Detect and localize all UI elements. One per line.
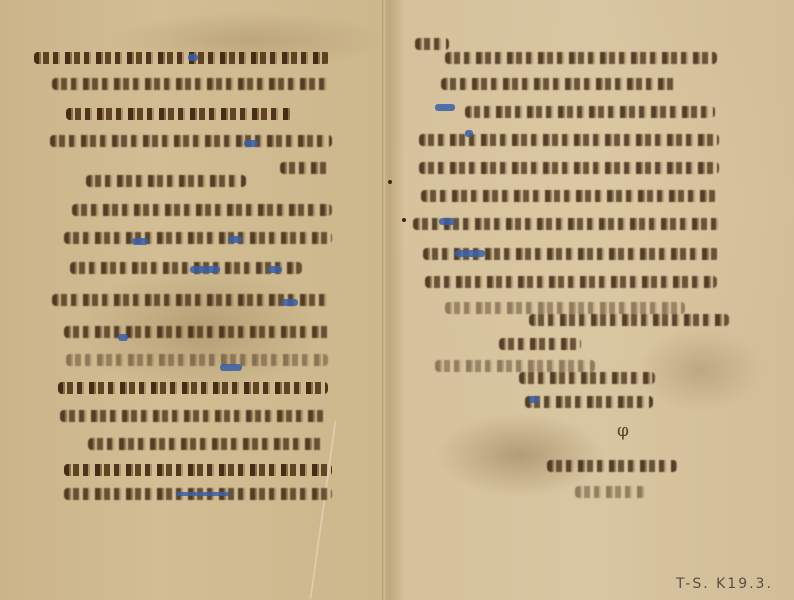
text-line (529, 314, 729, 326)
blue-highlight (220, 364, 242, 371)
text-line (52, 78, 330, 90)
blue-highlight (244, 140, 258, 147)
blue-highlight (190, 266, 220, 273)
text-line (64, 326, 330, 338)
text-line (425, 276, 717, 288)
text-line (441, 78, 677, 90)
text-line (499, 338, 581, 350)
text-line (525, 396, 653, 408)
blue-highlight (435, 104, 455, 111)
text-line (421, 190, 717, 202)
blue-highlight (118, 334, 128, 341)
blue-highlight (439, 218, 455, 225)
blue-highlight (529, 396, 539, 403)
text-line (72, 204, 332, 216)
text-line (445, 302, 685, 314)
text-line (88, 438, 324, 450)
text-line (575, 486, 645, 498)
left-page (0, 0, 382, 600)
text-line (50, 135, 332, 147)
ink-dot (402, 218, 406, 222)
text-line (60, 410, 326, 422)
text-line (66, 108, 292, 120)
section-ornament: φ (617, 421, 629, 441)
text-line (419, 162, 719, 174)
text-line (445, 52, 717, 64)
right-page (395, 0, 794, 600)
text-line (280, 162, 330, 174)
page-fold (382, 0, 385, 600)
text-line (66, 354, 328, 366)
blue-highlight (268, 266, 282, 273)
blue-highlight (465, 130, 473, 137)
blue-highlight (455, 250, 485, 257)
manuscript-image: φ T-S. K19.3. (0, 0, 794, 600)
ink-dot (388, 180, 392, 184)
blue-highlight (188, 54, 198, 61)
shelfmark-label: T-S. K19.3. (676, 576, 773, 592)
text-line (465, 106, 715, 118)
text-line (58, 382, 328, 394)
blue-highlight (228, 236, 242, 243)
text-line (64, 232, 332, 244)
text-line (86, 175, 246, 187)
text-line (413, 218, 719, 230)
text-line (419, 134, 719, 146)
blue-highlight (132, 238, 148, 245)
text-line (519, 372, 655, 384)
text-line (547, 460, 677, 472)
blue-highlight (282, 299, 298, 306)
text-line (64, 464, 332, 476)
blue-highlight (176, 492, 230, 496)
text-line (34, 52, 330, 64)
text-line (435, 360, 595, 372)
text-line (415, 38, 449, 50)
